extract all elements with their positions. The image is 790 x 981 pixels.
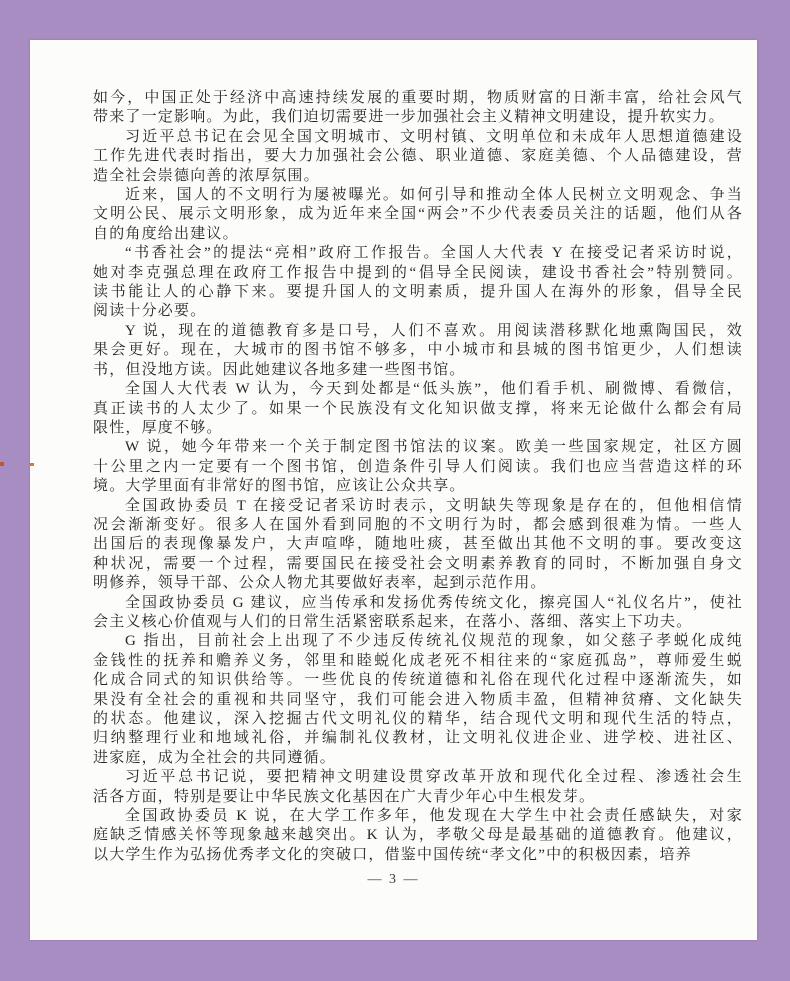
text-line: 的状态。他建议，深入挖掘古代文明礼仪的精华，结合现代文明和现代生活的特点，	[93, 710, 743, 729]
text-line: 工作先进代表时指出，要大力加强社会公德、职业道德、家庭美德、个人品德建设，营	[93, 147, 743, 166]
text-line: 全国人大代表 W 认为，今天到处都是“低头族”，他们看手机、刷微博、看微信，	[93, 380, 743, 399]
text-line: 活各方面，特别是要让中华民族文化基因在广大青少年心中生根发芽。	[93, 788, 743, 807]
text-line: 进家庭，成为全社会的共同遵循。	[93, 749, 743, 768]
text-line: 她对李克强总理在政府工作报告中提到的“倡导全民阅读，建设书香社会”特别赞同。	[93, 264, 743, 283]
text-line: 习近平总书记说，要把精神文明建设贯穿改革开放和现代化全过程、渗透社会生	[93, 768, 743, 787]
text-line: 庭缺乏情感关怀等现象越来越突出。K 认为，孝敬父母是最基础的道德教育。他建议，	[93, 826, 743, 845]
text-line: 习近平总书记在会见全国文明城市、文明村镇、文明单位和未成年人思想道德建设	[93, 128, 743, 147]
text-line: 书，但没地方读。因此她建议各地多建一些图书馆。	[93, 361, 743, 380]
text-line: “书香社会”的提法“亮相”政府工作报告。全国人大代表 Y 在接受记者采访时说，	[93, 244, 743, 263]
text-line: 果会更好。现在，大城市的图书馆不够多，中小城市和县城的图书馆更少，人们想读	[93, 341, 743, 360]
text-line: 种状况，需要一个过程，需要国民在接受社会文明素养教育的同时，不断加强自身文	[93, 555, 743, 574]
text-line: 读书能让人的心静下来。要提升国人的文明素质，提升国人在海外的形象，倡导全民	[93, 283, 743, 302]
text-line: 果没有全社会的重视和共同坚守，我们可能会进入物质丰盈，但精神贫瘠、文化缺失	[93, 691, 743, 710]
text-line: 况会渐渐变好。很多人在国外看到同胞的不文明行为时，都会感到很难为情。一些人	[93, 516, 743, 535]
text-line: W 说，她今年带来一个关于制定图书馆法的议案。欧美一些国家规定，社区方圆	[93, 438, 743, 457]
text-line: 近来，国人的不文明行为屡被曝光。如何引导和推动全体人民树立文明观念、争当	[93, 186, 743, 205]
text-line: 造全社会崇德向善的浓厚氛围。	[93, 167, 743, 186]
text-line: 化成合同式的知识供给等。一些优良的传统道德和礼俗在现代化过程中逐渐流失，如	[93, 671, 743, 690]
text-line: 十公里之内一定要有一个图书馆，创造条件引导人们阅读。我们也应当营造这样的环	[93, 458, 743, 477]
text-line: 归纳整理行业和地域礼俗，并编制礼仪教材，让文明礼仪进企业、进学校、进社区、	[93, 729, 743, 748]
page-number: — 3 —	[30, 872, 757, 888]
text-line: 自的角度给出建议。	[93, 225, 743, 244]
text-line: 阅读十分必要。	[93, 302, 743, 321]
scan-artifact-mark	[0, 462, 4, 466]
text-line: 文明公民、展示文明形象，成为近年来全国“两会”不少代表委员关注的话题，他们从各	[93, 205, 743, 224]
text-line: 全国政协委员 K 说，在大学工作多年，他发现在大学生中社会责任感缺失，对家	[93, 807, 743, 826]
text-line: G 指出，目前社会上出现了不少违反传统礼仪规范的现象，如父慈子孝蜕化成纯	[93, 632, 743, 651]
text-line: 会主义核心价值观与人们的日常生活紧密联系起来，在落小、落细、落实上下功夫。	[93, 613, 743, 632]
document-page: 如今，中国正处于经济中高速持续发展的重要时期，物质财富的日渐丰富，给社会风气带来…	[30, 40, 757, 940]
scan-artifact-mark	[30, 463, 34, 466]
text-line: 全国政协委员 T 在接受记者采访时表示，文明缺失等现象是存在的，但他相信情	[93, 497, 743, 516]
text-line: 境。大学里面有非常好的图书馆，应该让公众共享。	[93, 477, 743, 496]
text-line: 金钱性的抚养和赡养义务，邻里和睦蜕化成老死不相往来的“家庭孤岛”，尊师爱生蜕	[93, 652, 743, 671]
text-line: 以大学生作为弘扬优秀孝文化的突破口，借鉴中国传统“孝文化”中的积极因素，培养	[93, 846, 743, 865]
text-line: Y 说，现在的道德教育多是口号，人们不喜欢。用阅读潜移默化地熏陶国民，效	[93, 322, 743, 341]
text-line: 出国后的表现像暴发户，大声喧哗，随地吐痰，甚至做出其他不文明的事。要改变这	[93, 535, 743, 554]
text-line: 带来了一定影响。为此，我们迫切需要进一步加强社会主义精神文明建设，提升软实力。	[93, 108, 743, 127]
text-line: 真正读书的人太少了。如果一个民族没有文化知识做支撑，将来无论做什么都会有局	[93, 400, 743, 419]
text-line: 明修养，领导干部、公众人物尤其要做好表率，起到示范作用。	[93, 574, 743, 593]
text-line: 限性，厚度不够。	[93, 419, 743, 438]
text-line: 全国政协委员 G 建议，应当传承和发扬优秀传统文化，擦亮国人“礼仪名片”，使社	[93, 594, 743, 613]
scanned-page-background: 如今，中国正处于经济中高速持续发展的重要时期，物质财富的日渐丰富，给社会风气带来…	[0, 0, 790, 981]
passage-text: 如今，中国正处于经济中高速持续发展的重要时期，物质财富的日渐丰富，给社会风气带来…	[93, 89, 743, 865]
text-line: 如今，中国正处于经济中高速持续发展的重要时期，物质财富的日渐丰富，给社会风气	[93, 89, 743, 108]
